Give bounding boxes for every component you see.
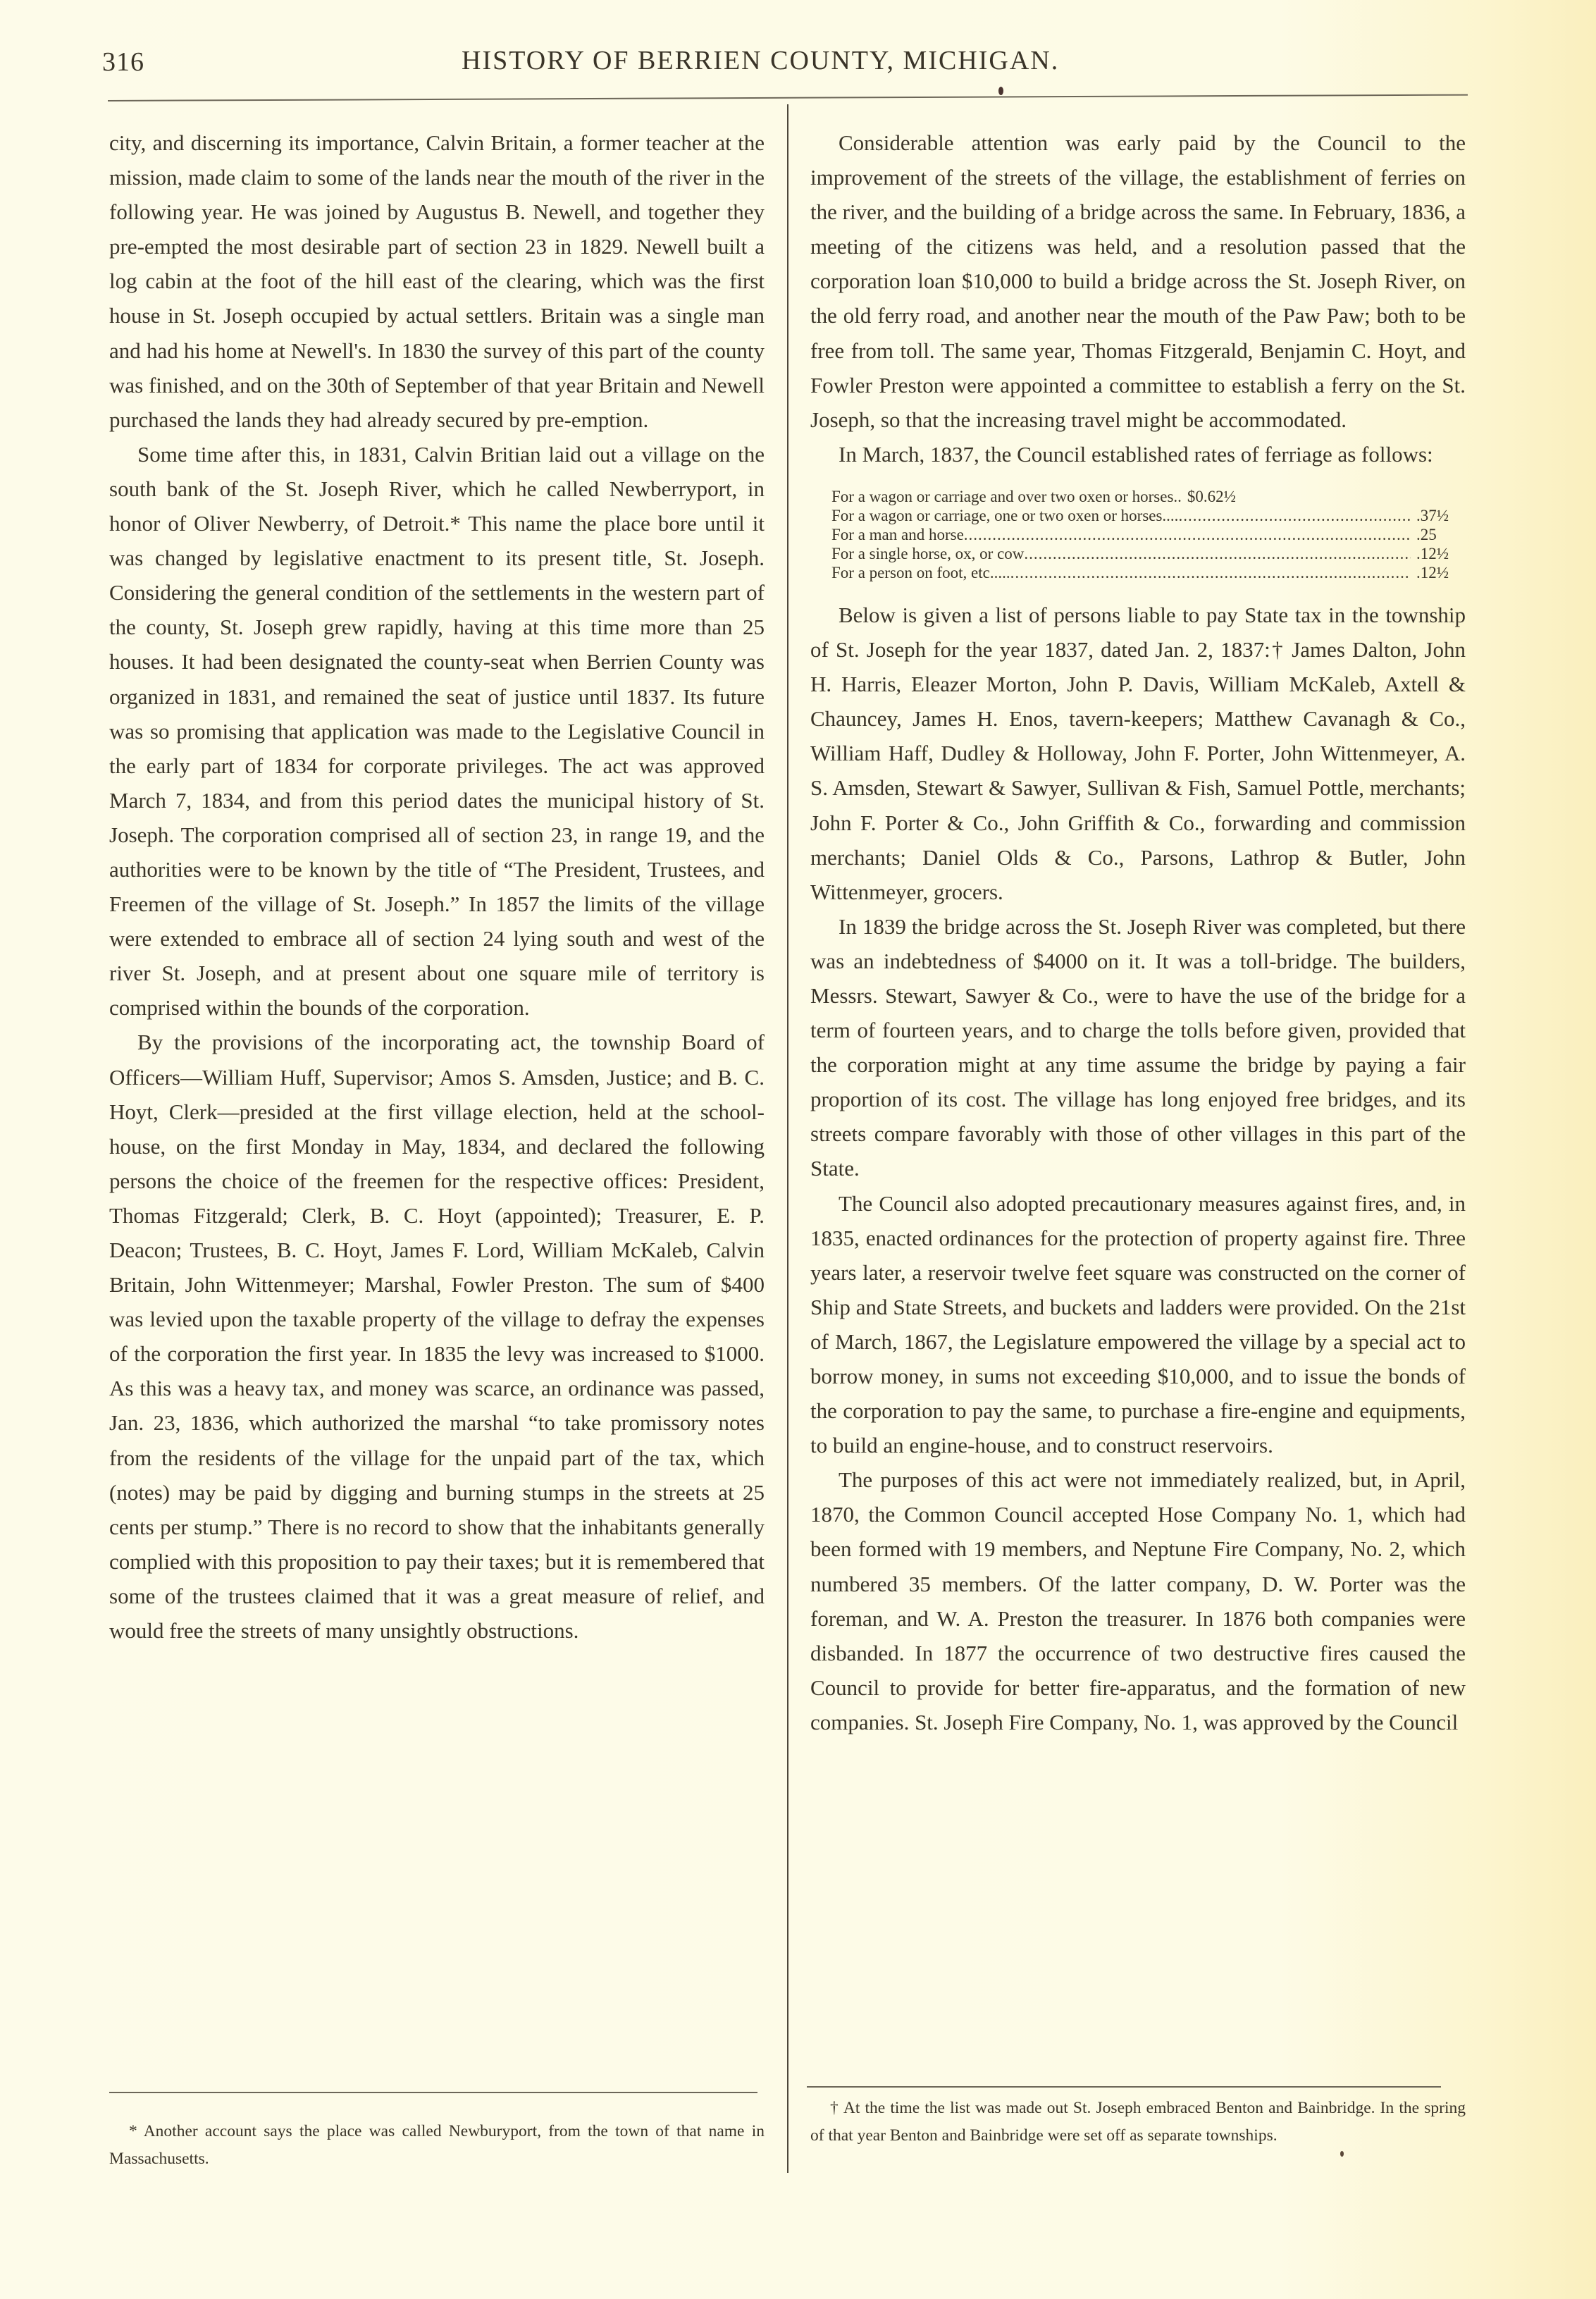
paragraph: The purposes of this act were not immedi…: [810, 1462, 1466, 1739]
rate-label: For a wagon or carriage, one or two oxen…: [831, 506, 1178, 525]
footnote-left: * Another account says the place was cal…: [109, 2118, 765, 2173]
footnote-text: * Another account says the place was cal…: [109, 2118, 765, 2173]
dot-leader: [1178, 506, 1411, 525]
rate-label: For a man and horse: [831, 525, 964, 544]
paragraph: In 1839 the bridge across the St. Joseph…: [810, 909, 1466, 1186]
footnote-rule-left: [109, 2092, 757, 2093]
ferriage-rates-table: For a wagon or carriage and over two oxe…: [831, 487, 1466, 582]
footnote-right: † At the time the list was made out St. …: [810, 2095, 1466, 2150]
rate-row: For a wagon or carriage and over two oxe…: [831, 487, 1466, 506]
ink-speck: [1340, 2151, 1344, 2157]
column-divider: [787, 104, 788, 2173]
rate-value: .12½: [1411, 544, 1466, 563]
footnote-text: † At the time the list was made out St. …: [810, 2095, 1466, 2150]
rate-row: For a person on foot, etc..... .12½: [831, 563, 1466, 582]
right-column: Considerable attention was early paid by…: [810, 125, 1466, 1739]
dot-leader: [964, 525, 1411, 544]
dot-leader: [1010, 563, 1411, 582]
dot-leader: [1024, 544, 1411, 563]
paragraph: Below is given a list of persons liable …: [810, 598, 1466, 909]
paragraph: city, and discerning its importance, Cal…: [109, 125, 765, 437]
paragraph: Considerable attention was early paid by…: [810, 125, 1466, 437]
rate-label: For a wagon or carriage and over two oxe…: [831, 487, 1182, 506]
ink-blot: [998, 87, 1003, 95]
page-number: 316: [102, 47, 144, 78]
running-title: HISTORY OF BERRIEN COUNTY, MICHIGAN.: [462, 45, 1059, 76]
rate-value: .25: [1411, 525, 1466, 544]
paragraph: By the provisions of the incorporating a…: [109, 1025, 765, 1648]
left-column: city, and discerning its importance, Cal…: [109, 125, 765, 1648]
header-rule: [108, 94, 1468, 101]
rate-label: For a single horse, ox, or cow: [831, 544, 1024, 563]
paragraph: In March, 1837, the Council established …: [810, 437, 1466, 471]
rate-label: For a person on foot, etc.....: [831, 563, 1010, 582]
rate-row: For a man and horse .25: [831, 525, 1466, 544]
rate-row: For a single horse, ox, or cow .12½: [831, 544, 1466, 563]
rate-value: .12½: [1411, 563, 1466, 582]
rate-value: .37½: [1411, 506, 1466, 525]
rate-value: $0.62½: [1182, 487, 1237, 506]
paragraph: Some time after this, in 1831, Calvin Br…: [109, 437, 765, 1025]
rate-row: For a wagon or carriage, one or two oxen…: [831, 506, 1466, 525]
footnote-rule-right: [807, 2086, 1441, 2088]
paragraph: The Council also adopted precautionary m…: [810, 1186, 1466, 1463]
